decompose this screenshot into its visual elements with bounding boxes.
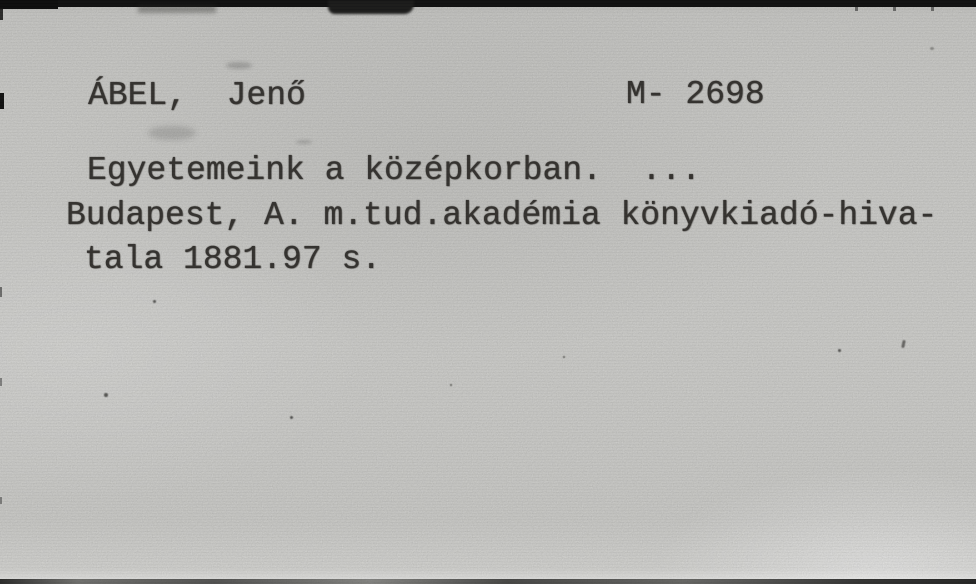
left-edge-mark: [0, 287, 2, 297]
ink-smudge: [148, 126, 196, 140]
paper-speck: [450, 384, 452, 386]
card-bottom-edge: [0, 579, 976, 584]
edge-tick: [855, 7, 858, 11]
paper-speck: [563, 356, 565, 358]
catalog-card-scan: ÁBEL, Jenő M- 2698 Egyetemeink a középko…: [0, 0, 976, 584]
paper-speck: [290, 416, 293, 419]
paper-speck: [104, 393, 108, 397]
call-number: M- 2698: [626, 77, 765, 113]
card-top-edge-smudge: [138, 5, 216, 13]
paper-speck: [153, 300, 156, 303]
ink-smudge: [226, 62, 252, 69]
title-line: Egyetemeink a középkorban. ...: [87, 153, 701, 189]
stray-mark: [901, 340, 906, 348]
ink-smudge: [296, 140, 312, 144]
imprint-line-2: tala 1881.97 s.: [84, 242, 381, 278]
imprint-line-1: Budapest, A. m.tud.akadémia könyvkiadó-h…: [66, 198, 937, 234]
paper-speck: [930, 47, 934, 50]
left-edge-mark: [0, 378, 2, 386]
left-edge-mark: [0, 93, 4, 109]
left-edge-mark: [0, 497, 2, 504]
card-top-edge-left: [0, 0, 58, 9]
edge-tick: [893, 7, 896, 11]
edge-tick: [931, 7, 934, 11]
author-heading: ÁBEL, Jenő: [88, 78, 306, 114]
paper-speck: [838, 349, 841, 352]
card-bottom-highlight: [0, 569, 976, 579]
left-edge-mark: [0, 8, 3, 20]
card-top-edge-blob: [328, 0, 414, 14]
